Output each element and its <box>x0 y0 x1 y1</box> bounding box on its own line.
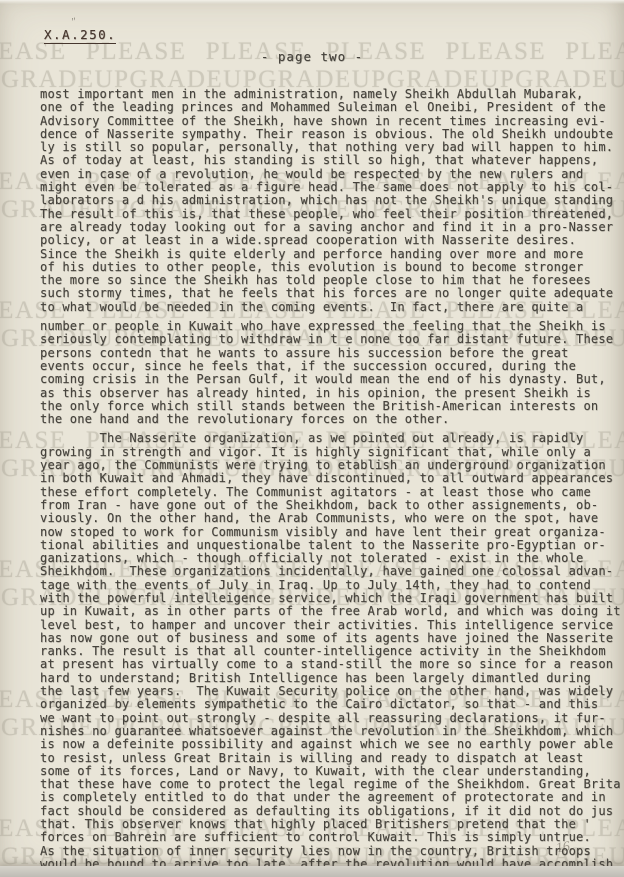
page-number-heading: - page two - <box>0 49 624 64</box>
reference-number: X.A.250. <box>44 27 116 44</box>
document-body: most important men in the administration… <box>40 88 624 877</box>
body-paragraph: The Nasserite organization, as we pointe… <box>40 432 624 871</box>
body-paragraph: number or people in Kuwait who have expr… <box>40 320 624 426</box>
scanned-page: PLEASEPLEASEPLEASEPLEASEPLEASEPLEASEUPGR… <box>0 0 624 877</box>
pencil-annotation-bottom: 16. <box>555 839 575 858</box>
scan-edge-bottom <box>0 866 624 877</box>
body-paragraph: most important men in the administration… <box>40 88 624 314</box>
